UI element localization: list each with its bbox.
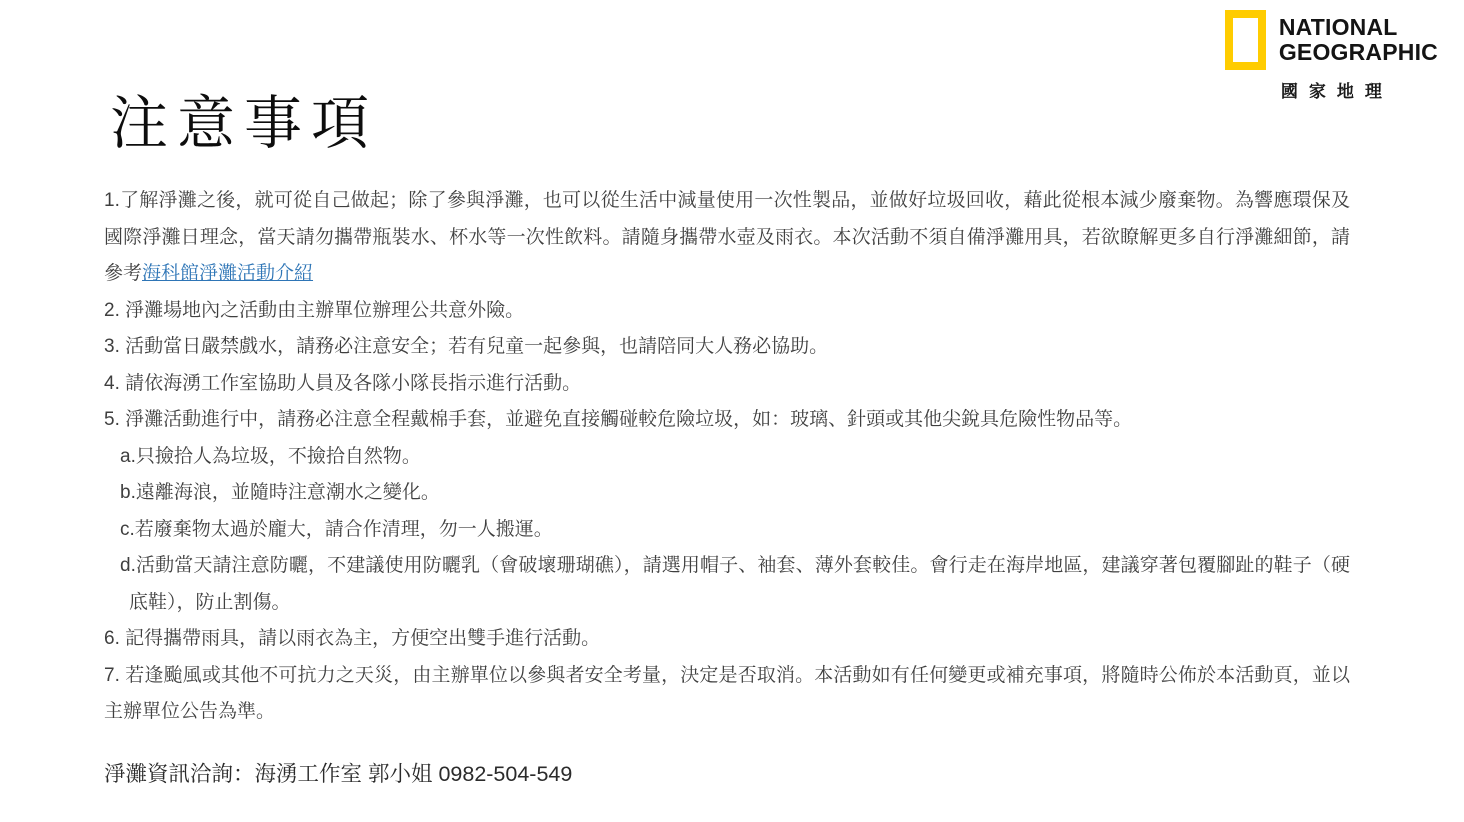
contact-info: 淨灘資訊洽詢：海湧工作室 郭小姐 0982-504-549 — [104, 758, 572, 790]
note-item-3: 3. 活動當日嚴禁戲水，請務必注意安全；若有兒童一起參與，也請陪同大人務必協助。 — [104, 329, 1350, 366]
natgeo-wordmark-line2: GEOGRAPHIC — [1279, 40, 1438, 65]
notice-page: NATIONAL GEOGRAPHIC 國家地理 注意事項 1.了解淨灘之後，就… — [0, 0, 1464, 822]
notes-list: 1.了解淨灘之後，就可從自己做起；除了參與淨灘，也可以從生活中減量使用一次性製品… — [104, 183, 1350, 731]
note-item-5: 5. 淨灘活動進行中，請務必注意全程戴棉手套，並避免直接觸碰較危險垃圾，如：玻璃… — [104, 402, 1350, 439]
natgeo-yellow-frame-icon — [1225, 10, 1266, 70]
natgeo-logo: NATIONAL GEOGRAPHIC 國家地理 — [1225, 10, 1438, 102]
natgeo-wordmark-line1: NATIONAL — [1279, 15, 1438, 40]
note-subitem-d: d.活動當天請注意防曬，不建議使用防曬乳（會破壞珊瑚礁），請選用帽子、袖套、薄外… — [104, 548, 1350, 621]
note-item-7: 7. 若逢颱風或其他不可抗力之天災，由主辦單位以參與者安全考量，決定是否取消。本… — [104, 658, 1350, 731]
note-subitem-a: a.只撿拾人為垃圾，不撿拾自然物。 — [104, 439, 1350, 476]
note-subitem-b: b.遠離海浪，並隨時注意潮水之變化。 — [104, 475, 1350, 512]
note-item-4: 4. 請依海湧工作室協助人員及各隊小隊長指示進行活動。 — [104, 366, 1350, 403]
natgeo-chinese-name: 國家地理 — [1270, 77, 1393, 102]
natgeo-logo-top: NATIONAL GEOGRAPHIC — [1225, 10, 1438, 70]
note-item-6: 6. 記得攜帶雨具，請以雨衣為主，方便空出雙手進行活動。 — [104, 621, 1350, 658]
note-item-1: 1.了解淨灘之後，就可從自己做起；除了參與淨灘，也可以從生活中減量使用一次性製品… — [104, 183, 1350, 293]
note-subitem-c: c.若廢棄物太過於龐大，請合作清理，勿一人搬運。 — [104, 512, 1350, 549]
page-title: 注意事項 — [110, 76, 378, 160]
note-item-2: 2. 淨灘場地內之活動由主辦單位辦理公共意外險。 — [104, 293, 1350, 330]
cleanup-intro-link[interactable]: 海科館淨灘活動介紹 — [142, 263, 313, 284]
natgeo-wordmark: NATIONAL GEOGRAPHIC — [1279, 15, 1438, 65]
